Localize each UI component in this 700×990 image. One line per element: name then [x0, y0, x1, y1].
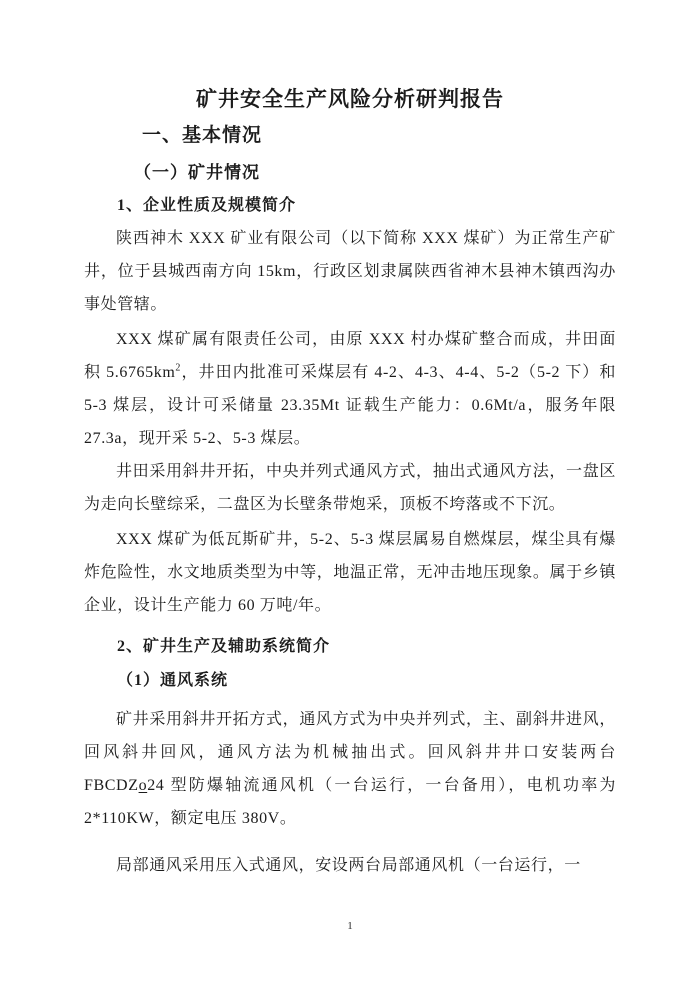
paragraph-ventilation-fans-text-post: 24 型防爆轴流通风机（一台运行，一台备用），电机功率为 2*110KW，额定电…: [84, 777, 616, 827]
paragraph-mining-method: 井田采用斜井开拓，中央并列式通风方式，抽出式通风方法，一盘区为走向长壁综采，二盘…: [84, 455, 616, 521]
paragraph-ventilation-fans: 矿井采用斜井开拓方式，通风方式为中央并列式，主、副斜井进风，回风斜井回风，通风方…: [84, 703, 616, 835]
underlined-model-letter: o: [139, 777, 148, 794]
document-title: 矿井安全生产风险分析研判报告: [84, 86, 616, 112]
paragraph-company-location: 陕西神木 XXX 矿业有限公司（以下简称 XXX 煤矿）为正常生产矿井，位于县城…: [84, 222, 616, 321]
heading-section-basic-info: 一、基本情况: [84, 124, 616, 148]
paragraph-gas-hazard-capacity: XXX 煤矿为低瓦斯矿井，5-2、5-3 煤层属易自燃煤层，煤尘具有爆炸危险性，…: [84, 523, 616, 622]
paragraph-local-ventilation: 局部通风采用压入式通风，安设两台局部通风机（一台运行，一: [84, 849, 616, 882]
heading-item-production-systems: 2、矿井生产及辅助系统简介: [84, 636, 616, 658]
heading-sub-mine-situation: （一）矿井情况: [84, 162, 616, 184]
heading-item-enterprise-profile: 1、企业性质及规模简介: [84, 195, 616, 217]
heading-sub-ventilation-system: （1）通风系统: [84, 670, 616, 692]
document-page: 矿井安全生产风险分析研判报告 一、基本情况 （一）矿井情况 1、企业性质及规模简…: [0, 0, 700, 990]
paragraph-mine-field-reserves: XXX 煤矿属有限责任公司，由原 XXX 村办煤矿整合而成，井田面积 5.676…: [84, 323, 616, 455]
page-number: 1: [0, 920, 700, 932]
